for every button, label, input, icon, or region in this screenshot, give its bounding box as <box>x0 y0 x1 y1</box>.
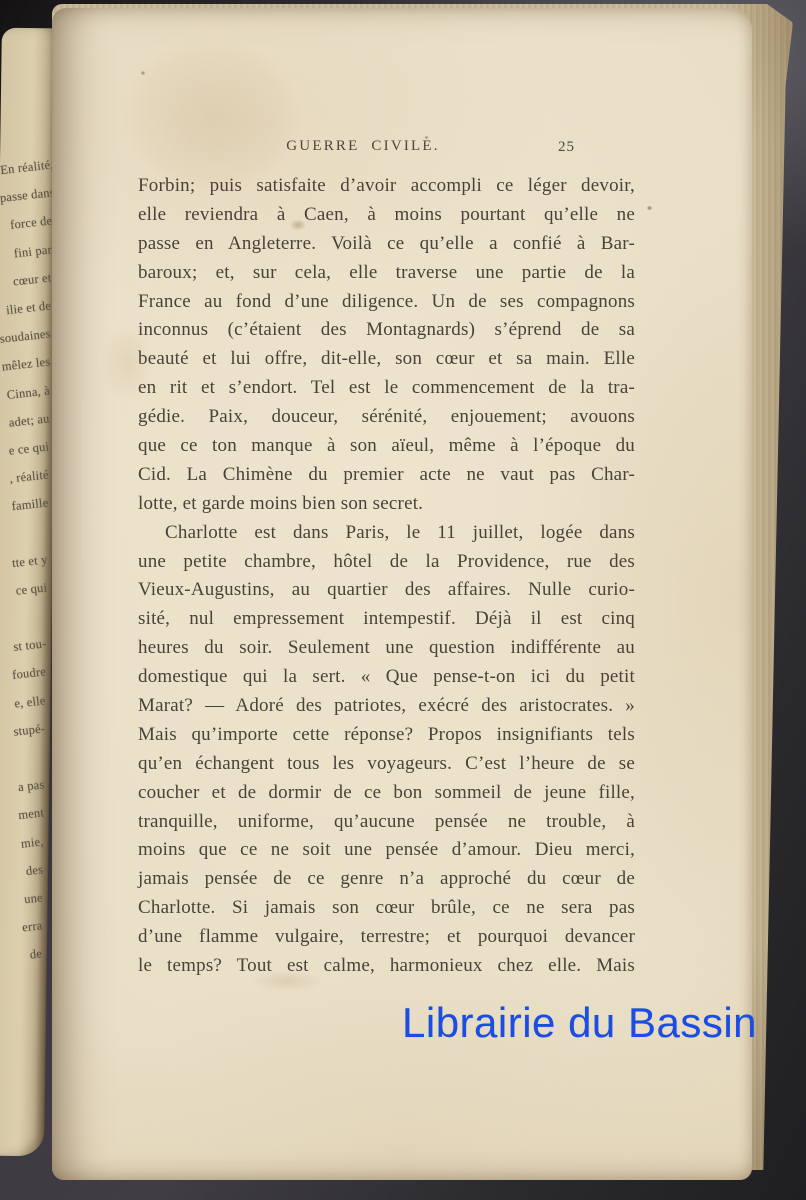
book-photo: En réalité,passe dansforce defini parcœu… <box>0 0 806 1200</box>
page-number: 25 <box>558 139 575 156</box>
body-text-line: domestique qui la sert. « Que pense-t-on… <box>138 663 635 692</box>
body-text-line: moins que ce ne soit une pensée d’amour.… <box>138 836 635 865</box>
body-text-line: sité, nul empressement intempestif. Déjà… <box>138 605 635 634</box>
body-text-line: que ce ton manque à son aïeul, même à l’… <box>138 432 635 461</box>
facing-page-edge: En réalité,passe dansforce defini parcœu… <box>0 28 60 1157</box>
body-text-line: beauté et lui offre, dit-elle, son cœur … <box>138 345 635 374</box>
body-text-line: Forbin; puis satisfaite d’avoir accompli… <box>138 172 635 201</box>
body-text-line: qu’en échangent tous les voyageurs. C’es… <box>138 750 635 779</box>
body-text-line: Charlotte. Si jamais son cœur brûle, ce … <box>138 894 635 923</box>
body-text-line: en rit et s’endort. Tel est le commencem… <box>138 374 635 403</box>
body-text-line: Marat? — Adoré des patriotes, exécré des… <box>138 692 635 721</box>
facing-page-text-fragment: de <box>0 940 43 974</box>
body-text-line: Mais qu’importe cette réponse? Propos in… <box>138 721 635 750</box>
body-text-line: France au fond d’une diligence. Un de se… <box>138 288 635 317</box>
body-text-line: passe en Angleterre. Voilà ce qu’elle a … <box>138 230 635 259</box>
paper-stain <box>140 70 146 76</box>
body-text-line: gédie. Paix, douceur, sérénité, enjoueme… <box>138 403 635 432</box>
body-text-line: tranquille, uniforme, qu’aucune pensée n… <box>138 808 635 837</box>
body-text-line: elle reviendra à Caen, à moins pourtant … <box>138 201 635 230</box>
running-title: GUERRE CIVILE. <box>138 138 588 155</box>
page-header: GUERRE CIVILE. 25 <box>138 138 635 160</box>
body-text-line: lotte, et garde moins bien son secret. <box>138 490 635 519</box>
body-text: Forbin; puis satisfaite d’avoir accompli… <box>138 172 635 981</box>
body-text-line: une petite chambre, hôtel de la Providen… <box>138 548 635 577</box>
body-text-line: le temps? Tout est calme, harmonieux che… <box>138 952 635 981</box>
body-text-line: d’une flamme vulgaire, terrestre; et pou… <box>138 923 635 952</box>
body-text-line: inconnus (c’étaient des Montagnards) s’é… <box>138 316 635 345</box>
body-text-line: Cid. La Chimène du premier acte ne vaut … <box>138 461 635 490</box>
body-text-line: Charlotte est dans Paris, le 11 juillet,… <box>138 519 635 548</box>
body-text-line: coucher et de dormir de ce bon sommeil d… <box>138 779 635 808</box>
body-text-line: jamais pensée de ce genre n’a approché d… <box>138 865 635 894</box>
paper-stain <box>646 205 653 211</box>
body-text-line: heures du soir. Seulement une question i… <box>138 634 635 663</box>
watermark-text: Librairie du Bassin <box>402 999 757 1047</box>
facing-page-fragments: En réalité,passe dansforce defini parcœu… <box>0 150 53 968</box>
body-text-line: baroux; et, sur cela, elle traverse une … <box>138 259 635 288</box>
body-text-line: Vieux-Augustins, au quartier des affaire… <box>138 576 635 605</box>
